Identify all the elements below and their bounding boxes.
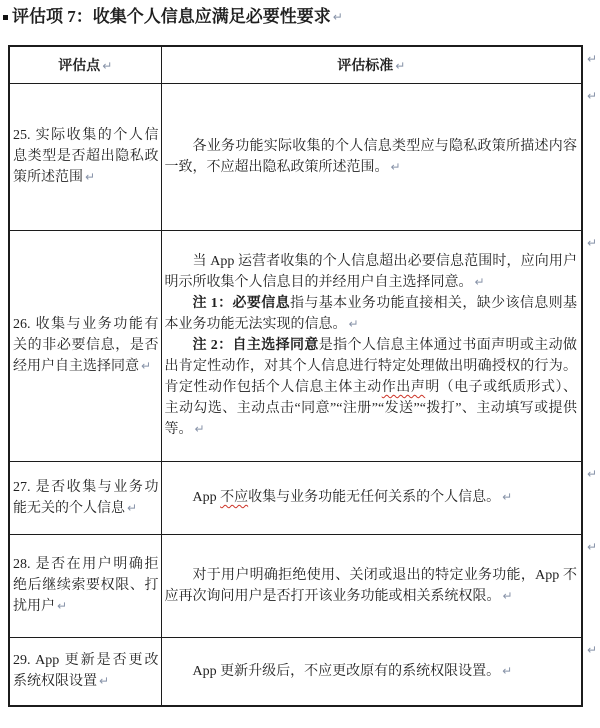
criteria-paragraph: App 不应收集与业务功能无任何关系的个人信息。↵	[162, 487, 582, 508]
point-label: 26. 收集与业务功能有关的非必要信息，是否经用户自主选择同意	[13, 317, 159, 374]
point-text: 28. 是否在用户明确拒绝后继续索要权限、打扰用户↵	[10, 554, 161, 617]
paragraph-mark-icon: ↵	[502, 664, 512, 678]
row-end-mark-icon: ↵	[587, 540, 597, 554]
paragraph-mark-icon: ↵	[475, 275, 485, 289]
evaluation-table: 评估点↵ 评估标准↵↵ 25. 实际收集的个人信息类型是否超出隐私政策所述范围↵…	[8, 45, 583, 707]
doc-title: 评估项 7：收集个人信息应满足必要性要求 ↵	[3, 6, 593, 28]
table-row: 27. 是否收集与业务功能无关的个人信息↵App 不应收集与业务功能无任何关系的…	[9, 461, 582, 534]
row-end-mark-icon: ↵	[587, 236, 597, 250]
paragraph-mark-icon: ↵	[127, 501, 137, 515]
row-end-mark-icon: ↵	[587, 89, 597, 103]
paragraph-mark-icon: ↵	[195, 422, 205, 436]
point-text: 25. 实际收集的个人信息类型是否超出隐私政策所述范围↵	[10, 125, 161, 188]
criteria-cell: 各业务功能实际收集的个人信息类型应与隐私政策所描述内容一致，不应超出隐私政策所述…	[161, 83, 582, 230]
criteria-paragraph: 当 App 运营者收集的个人信息超出必要信息范围时，应向用户明示所收集个人信息目…	[162, 251, 582, 293]
bullet-icon	[3, 15, 8, 20]
table-row: 28. 是否在用户明确拒绝后继续索要权限、打扰用户↵对于用户明确拒绝使用、关闭或…	[9, 534, 582, 637]
criteria-paragraph: 各业务功能实际收集的个人信息类型应与隐私政策所描述内容一致，不应超出隐私政策所述…	[162, 136, 582, 178]
point-cell: 27. 是否收集与业务功能无关的个人信息↵	[9, 461, 161, 534]
criteria-paragraph: 注 1：必要信息指与基本业务功能直接相关，缺少该信息则基本业务功能无法实现的信息…	[162, 293, 582, 335]
header-eval-point-label: 评估点	[58, 59, 100, 74]
document-page: 评估项 7：收集个人信息应满足必要性要求 ↵ 评估点↵ 评估标准↵↵ 25. 实…	[0, 0, 600, 728]
header-eval-point: 评估点↵	[9, 46, 161, 83]
header-eval-criteria: 评估标准↵↵	[161, 46, 582, 83]
paragraph-mark-icon: ↵	[85, 170, 95, 184]
paragraph-mark-icon: ↵	[102, 59, 112, 73]
point-text: 26. 收集与业务功能有关的非必要信息，是否经用户自主选择同意↵	[10, 314, 161, 377]
criteria-cell: 对于用户明确拒绝使用、关闭或退出的特定业务功能，App 不应再次询问用户是否打开…	[161, 534, 582, 637]
criteria-cell: App 不应收集与业务功能无任何关系的个人信息。↵↵	[161, 461, 582, 534]
table-header-row: 评估点↵ 评估标准↵↵	[9, 46, 582, 83]
criteria-cell: App 更新升级后，不应更改原有的系统权限设置。↵↵	[161, 637, 582, 706]
criteria-text: 收集与业务功能无任何关系的个人信息。	[248, 490, 500, 505]
paragraph-mark-icon: ↵	[503, 589, 513, 603]
header-eval-criteria-label: 评估标准	[337, 59, 393, 74]
paragraph-mark-icon: ↵	[391, 160, 401, 174]
point-cell: 25. 实际收集的个人信息类型是否超出隐私政策所述范围↵	[9, 83, 161, 230]
paragraph-mark-icon: ↵	[333, 6, 343, 28]
point-label: 29. App 更新是否更改系统权限设置	[13, 653, 159, 689]
criteria-text: App 更新升级后，不应更改原有的系统权限设置。	[193, 664, 501, 679]
row-end-mark-icon: ↵	[587, 52, 597, 66]
criteria-cell: 当 App 运营者收集的个人信息超出必要信息范围时，应向用户明示所收集个人信息目…	[161, 230, 582, 461]
point-text: 29. App 更新是否更改系统权限设置↵	[10, 650, 161, 692]
row-end-mark-icon: ↵	[587, 643, 597, 657]
row-end-mark-icon: ↵	[587, 467, 597, 481]
criteria-text: App	[193, 490, 221, 505]
point-cell: 26. 收集与业务功能有关的非必要信息，是否经用户自主选择同意↵	[9, 230, 161, 461]
table-row: 25. 实际收集的个人信息类型是否超出隐私政策所述范围↵各业务功能实际收集的个人…	[9, 83, 582, 230]
criteria-paragraph: 注 2：自主选择同意是指个人信息主体通过书面声明或主动做出肯定性动作，对其个人信…	[162, 335, 582, 440]
table-row: 26. 收集与业务功能有关的非必要信息，是否经用户自主选择同意↵当 App 运营…	[9, 230, 582, 461]
paragraph-mark-icon: ↵	[395, 59, 405, 73]
paragraph-mark-icon: ↵	[349, 317, 359, 331]
criteria-text: 对于用户明确拒绝使用、关闭或退出的特定业务功能，App 不应再次询问用户是否打开…	[165, 568, 578, 604]
criteria-text: 注 2：自主选择同意	[193, 338, 319, 353]
paragraph-mark-icon: ↵	[99, 674, 109, 688]
table-row: 29. App 更新是否更改系统权限设置↵App 更新升级后，不应更改原有的系统…	[9, 637, 582, 706]
paragraph-mark-icon: ↵	[502, 490, 512, 504]
point-text: 27. 是否收集与业务功能无关的个人信息↵	[10, 477, 161, 519]
spellcheck-flagged-text: 作出声	[382, 380, 425, 395]
point-cell: 28. 是否在用户明确拒绝后继续索要权限、打扰用户↵	[9, 534, 161, 637]
paragraph-mark-icon: ↵	[57, 599, 67, 613]
doc-title-text: 评估项 7：收集个人信息应满足必要性要求	[12, 6, 331, 28]
criteria-text: 各业务功能实际收集的个人信息类型应与隐私政策所描述内容一致，不应超出隐私政策所述…	[165, 139, 578, 175]
spellcheck-flagged-text: 不应	[220, 490, 248, 505]
criteria-text: 当 App 运营者收集的个人信息超出必要信息范围时，应向用户明示所收集个人信息目…	[165, 254, 578, 290]
criteria-paragraph: App 更新升级后，不应更改原有的系统权限设置。↵	[162, 661, 582, 682]
point-cell: 29. App 更新是否更改系统权限设置↵	[9, 637, 161, 706]
criteria-text: 注 1：必要信息	[193, 296, 290, 311]
point-label: 28. 是否在用户明确拒绝后继续索要权限、打扰用户	[13, 557, 159, 614]
paragraph-mark-icon: ↵	[141, 359, 151, 373]
criteria-paragraph: 对于用户明确拒绝使用、关闭或退出的特定业务功能，App 不应再次询问用户是否打开…	[162, 565, 582, 607]
